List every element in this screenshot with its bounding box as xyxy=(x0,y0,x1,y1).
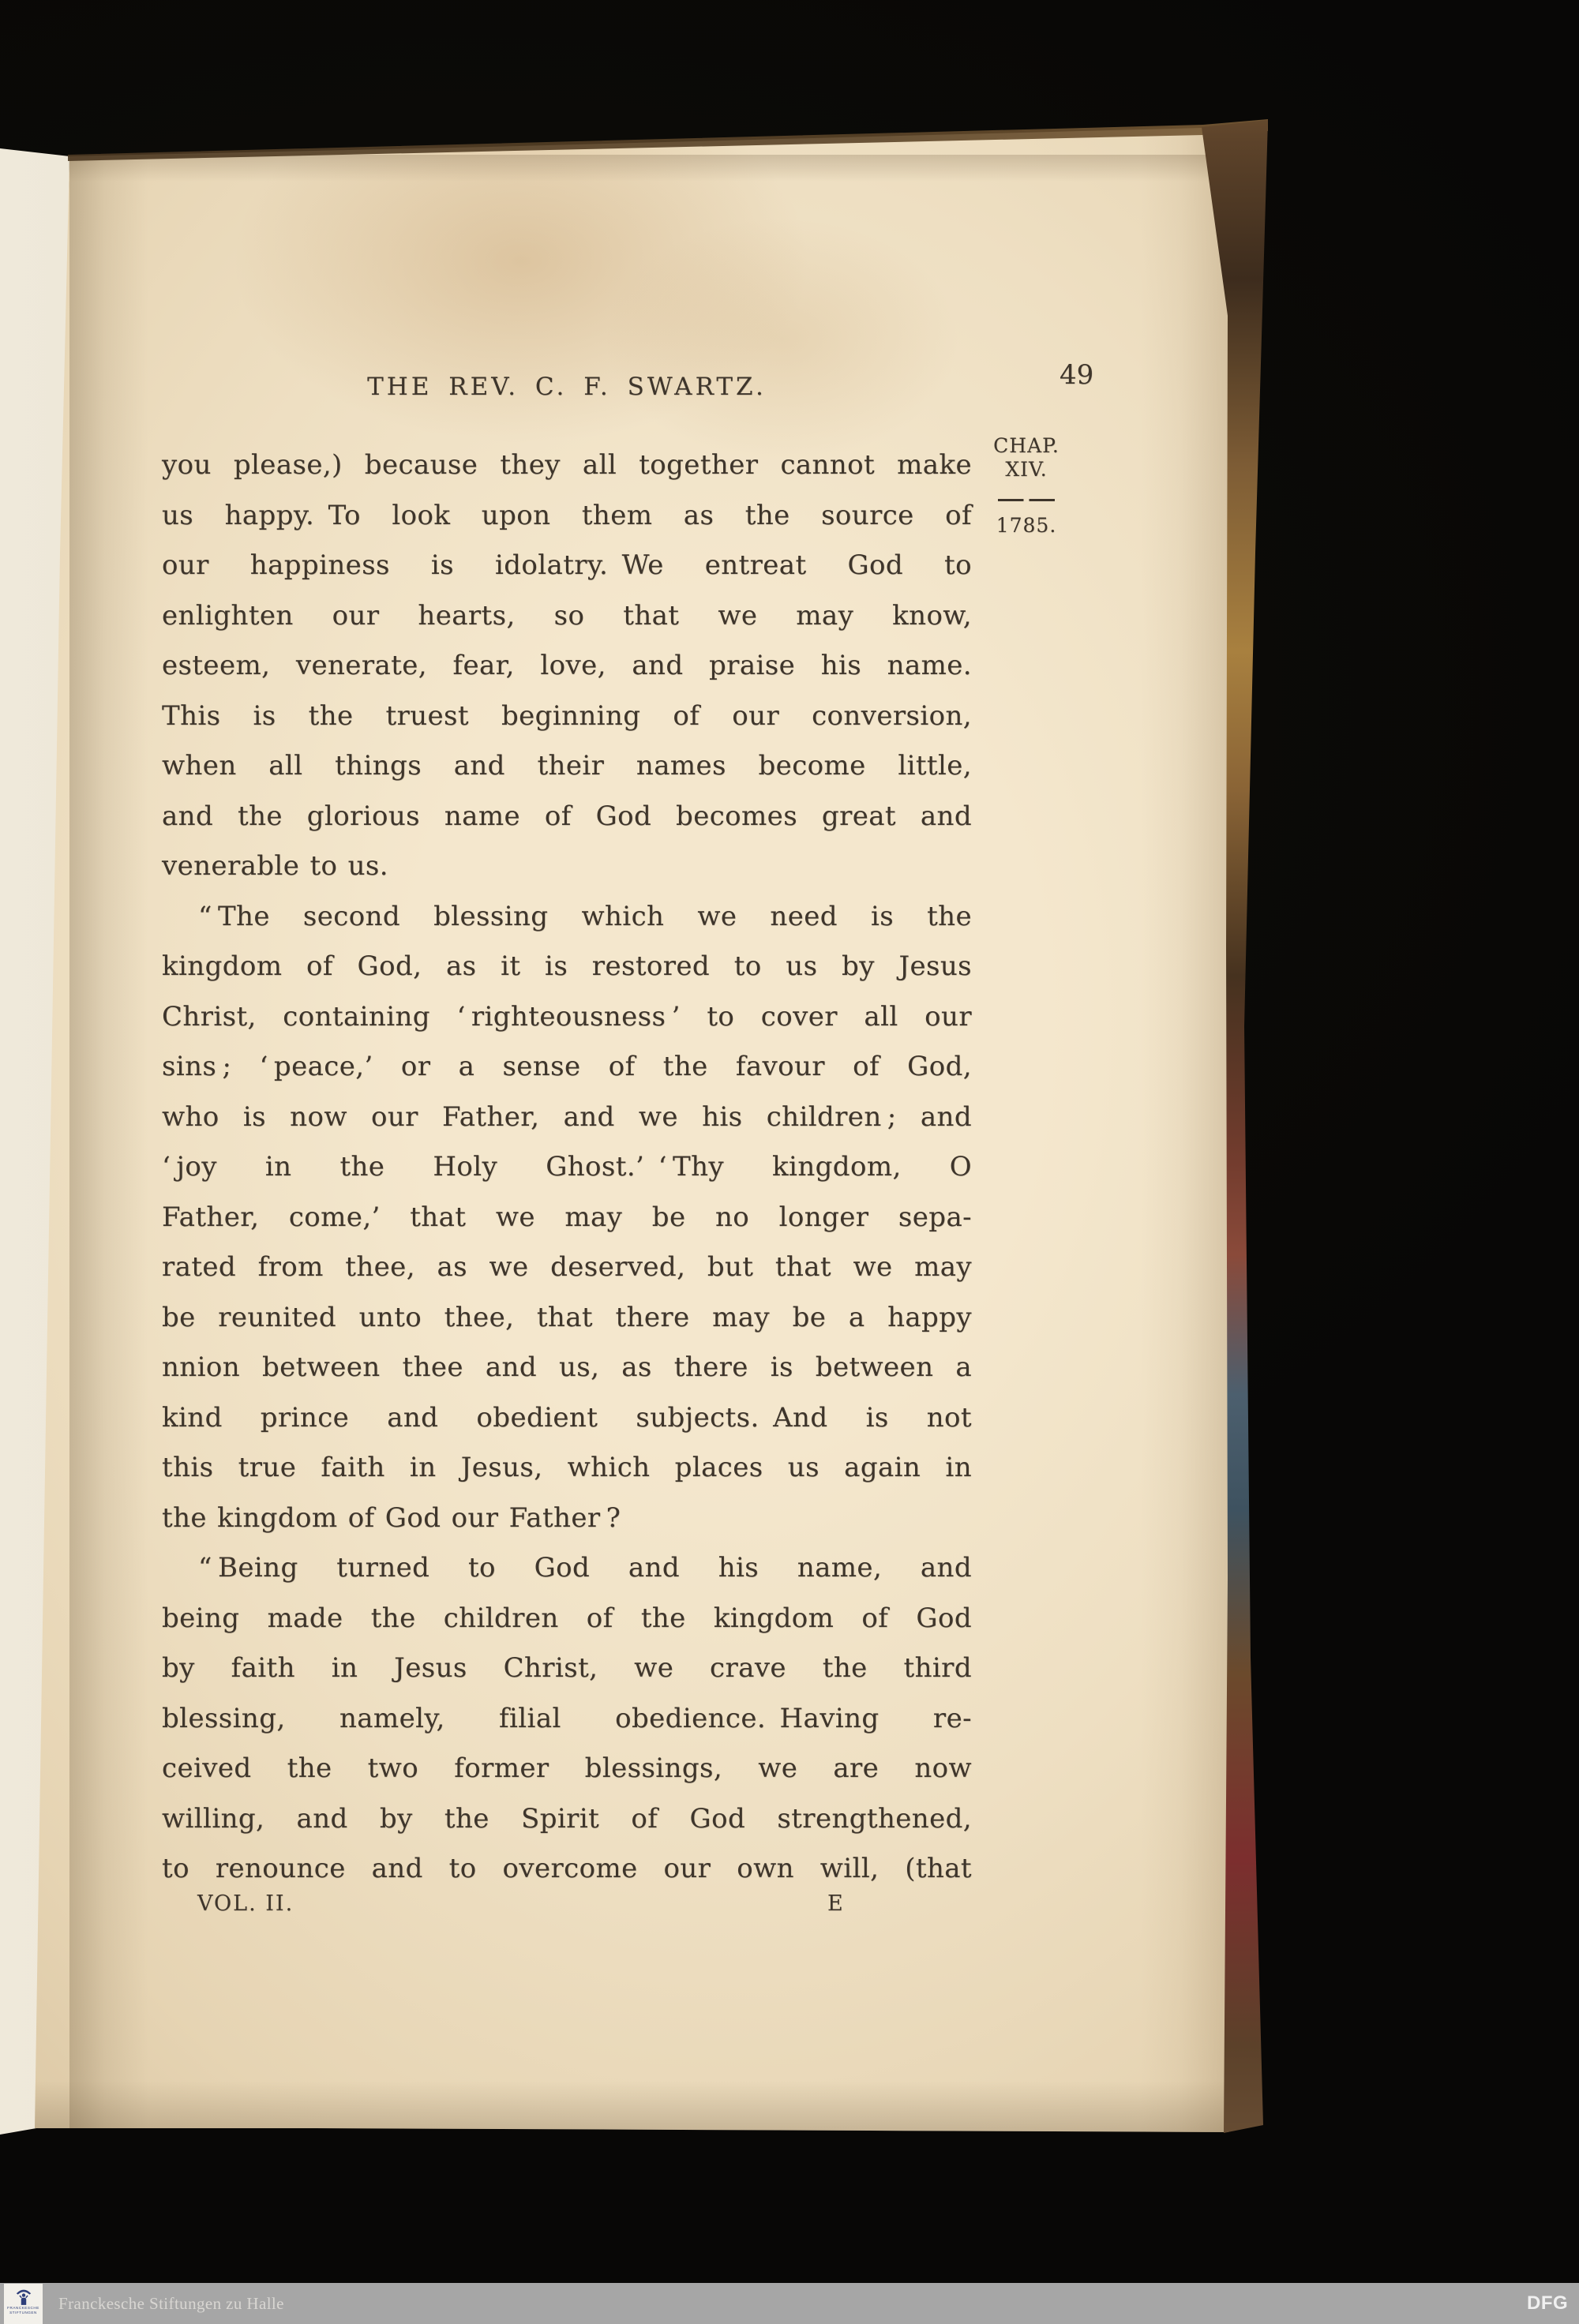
text-line: kind prince and obedient subjects. And i… xyxy=(162,1393,972,1444)
scan-viewport: THE REV. C. F. SWARTZ. 49 CHAP. XIV. 178… xyxy=(0,0,1579,2324)
text-line: be reunited unto thee, that there may be… xyxy=(162,1293,972,1344)
top-edge-shadow xyxy=(68,155,1233,182)
text-line: to renounce and to overcome our own will… xyxy=(162,1844,972,1895)
text-line: enlighten our hearts, so that we may kno… xyxy=(162,591,972,642)
text-line: who is now our Father, and we his childr… xyxy=(162,1093,972,1143)
text-line: This is the truest beginning of our conv… xyxy=(162,692,972,742)
book-page: THE REV. C. F. SWARTZ. 49 CHAP. XIV. 178… xyxy=(0,0,1579,2324)
logo-caption-line2: STIFTUNGEN xyxy=(7,2311,39,2315)
text-line: nnion between thee and us, as there is b… xyxy=(162,1343,972,1393)
text-line: esteem, venerate, fear, love, and praise… xyxy=(162,641,972,692)
text-line: blessing, namely, filial obedience. Havi… xyxy=(162,1694,972,1745)
logo-caption: FRANCKESCHE STIFTUNGEN xyxy=(7,2306,39,2315)
text-line: sins ; ‘ peace,’ or a sense of the favou… xyxy=(162,1042,972,1093)
volume-label: VOL. II. xyxy=(197,1891,294,1916)
margin-year: 1785. xyxy=(982,514,1071,538)
text-line: the kingdom of God our Father ? xyxy=(162,1494,972,1544)
viewer-bar: FRANCKESCHE STIFTUNGEN Franckesche Stift… xyxy=(0,2283,1579,2324)
dfg-logo: DFG xyxy=(1527,2283,1568,2324)
text-line: and the glorious name of God becomes gre… xyxy=(162,792,972,842)
text-line: us happy. To look upon them as the sourc… xyxy=(162,491,972,542)
signature-mark: E xyxy=(827,1891,843,1916)
text-line: rated from thee, as we deserved, but tha… xyxy=(162,1243,972,1293)
text-line: ‘ joy in the Holy Ghost.’ ‘ Thy kingdom,… xyxy=(162,1142,972,1193)
institution-logo: FRANCKESCHE STIFTUNGEN xyxy=(4,2284,43,2324)
text-line: being made the children of the kingdom o… xyxy=(162,1594,972,1644)
text-line: venerable to us. xyxy=(162,842,972,892)
margin-rule xyxy=(998,499,1055,501)
text-line: this true faith in Jesus, which places u… xyxy=(162,1443,972,1494)
chapter-label-line2: XIV. xyxy=(982,458,1071,482)
institution-name: Franckesche Stiftungen zu Halle xyxy=(58,2283,284,2324)
margin-note: CHAP. XIV. 1785. xyxy=(982,434,1071,538)
running-title: THE REV. C. F. SWARTZ. xyxy=(162,373,972,401)
text-line: willing, and by the Spirit of God streng… xyxy=(162,1794,972,1845)
bottom-edge-shadow xyxy=(35,2081,1230,2132)
text-line: kingdom of God, as it is restored to us … xyxy=(162,942,972,992)
text-line: our happiness is idolatry. We entreat Go… xyxy=(162,541,972,591)
text-line: when all things and their names become l… xyxy=(162,741,972,792)
text-line: “ Being turned to God and his name, and xyxy=(162,1543,972,1594)
gutter-shadow xyxy=(69,154,148,2129)
text-line: “ The second blessing which we need is t… xyxy=(162,892,972,943)
body-text: you please,) because they all together c… xyxy=(162,440,972,1895)
fore-edge-shadow xyxy=(1141,126,1230,2133)
chapter-label-line1: CHAP. xyxy=(982,434,1071,458)
text-line: ceived the two former blessings, we are … xyxy=(162,1744,972,1794)
logo-caption-line1: FRANCKESCHE xyxy=(7,2306,39,2311)
text-line: Father, come,’ that we may be no longer … xyxy=(162,1193,972,1243)
text-line: you please,) because they all together c… xyxy=(162,440,972,491)
francke-emblem-icon xyxy=(15,2286,32,2305)
text-line: by faith in Jesus Christ, we crave the t… xyxy=(162,1644,972,1694)
text-line: Christ, containing ‘ righteousness ’ to … xyxy=(162,992,972,1043)
page-number: 49 xyxy=(1060,359,1093,391)
